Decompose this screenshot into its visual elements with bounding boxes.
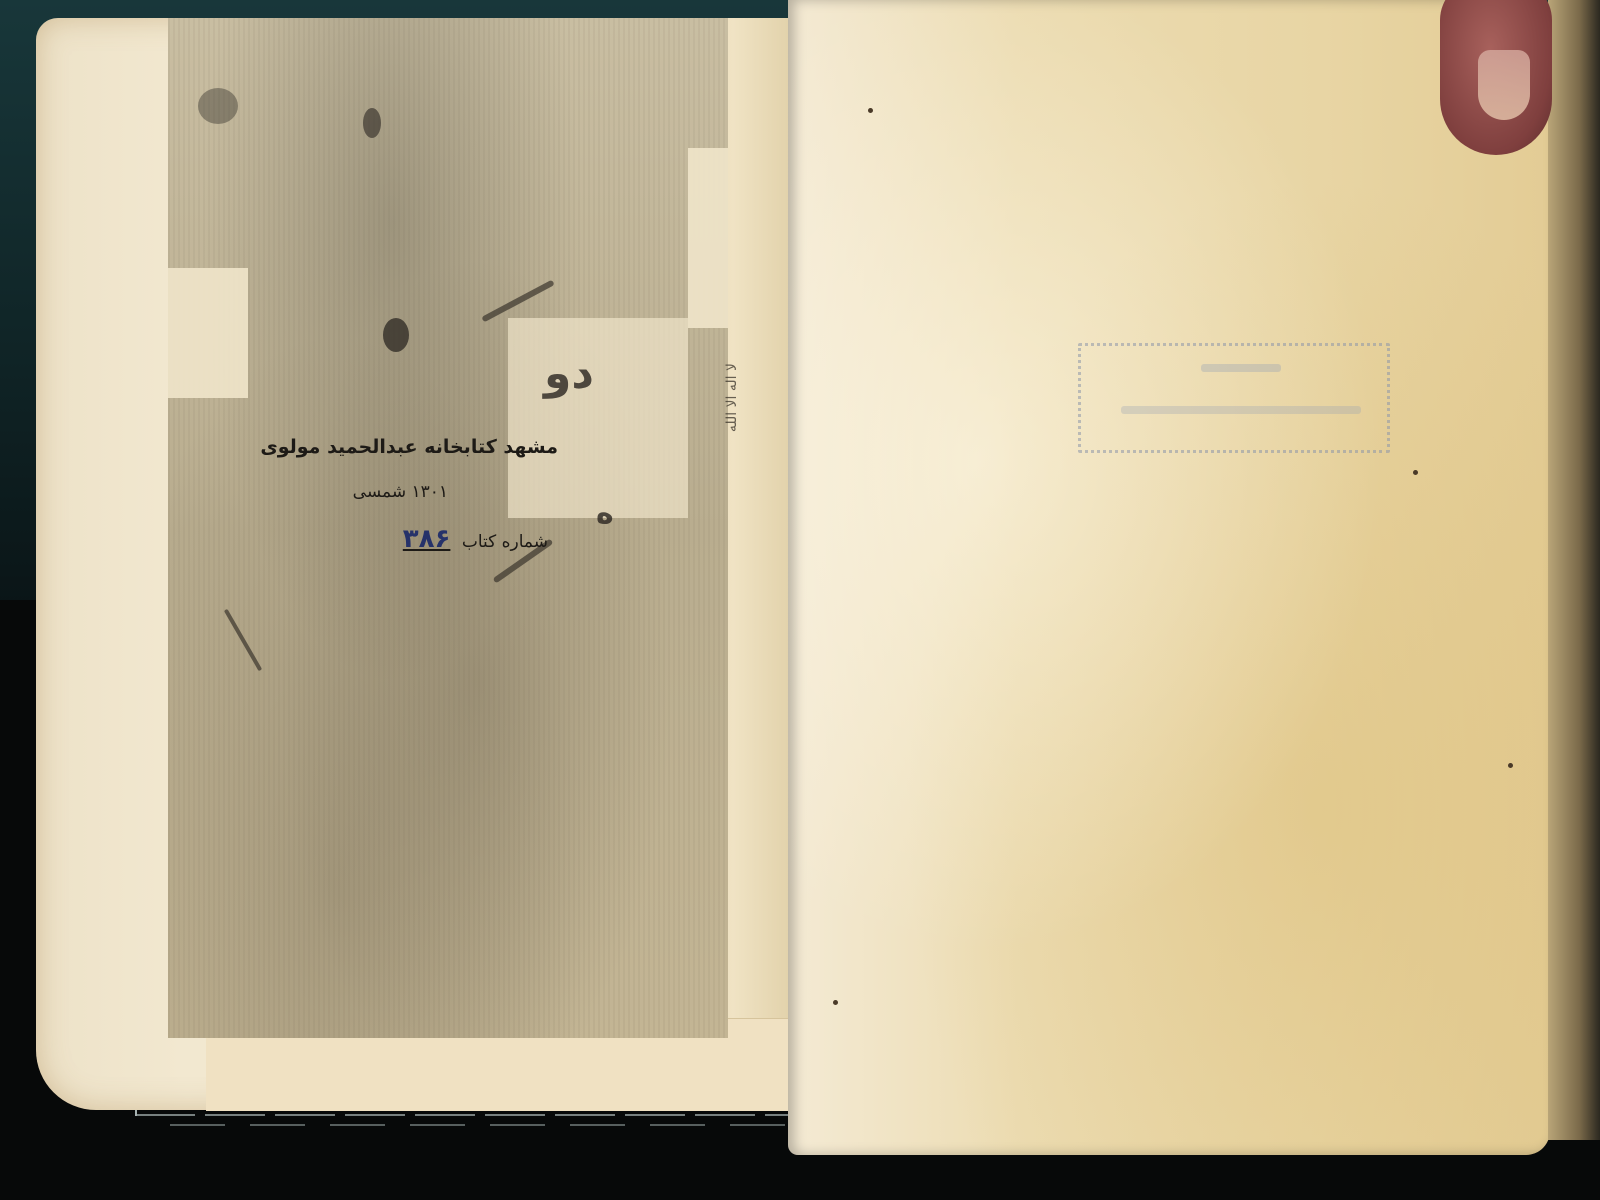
ink-blot — [363, 108, 381, 138]
faded-library-stamp — [1078, 343, 1390, 453]
ink-stroke — [224, 609, 262, 672]
fingernail — [1478, 50, 1530, 120]
handwritten-mark: دو — [544, 348, 594, 399]
vertical-inscription: لا اله الا الله — [724, 363, 740, 432]
right-page-flyleaf — [788, 0, 1550, 1155]
stamp-text-line — [1201, 364, 1281, 372]
handwritten-mark: ه — [596, 496, 614, 531]
library-name: مشهد کتابخانه عبدالحمید مولوی — [260, 436, 558, 458]
left-page-pastedown: مشهد کتابخانه عبدالحمید مولوی ۱۳۰۱ شمسی … — [36, 18, 790, 1110]
library-ownership-label: مشهد کتابخانه عبدالحمید مولوی ۱۳۰۱ شمسی … — [258, 432, 558, 562]
paper-speck — [1508, 763, 1513, 768]
ink-stroke — [481, 280, 554, 323]
book-number-caption: شماره کتاب — [462, 532, 548, 552]
book-number: ۳۸۶ — [403, 524, 451, 554]
paper-repair-patch — [168, 268, 248, 398]
label-date: ۱۳۰۱ شمسی — [353, 482, 448, 502]
paper-repair-patch — [688, 148, 728, 328]
paper-speck — [1413, 470, 1418, 475]
paper-speck — [868, 108, 873, 113]
ink-blot — [383, 318, 409, 352]
stamp-text-line — [1121, 406, 1361, 414]
holding-finger — [1440, 0, 1552, 155]
ink-smudge — [198, 88, 238, 124]
label-book-number-row: شماره کتاب ۳۸۶ — [403, 524, 548, 554]
book-fore-edge — [1548, 0, 1600, 1140]
paper-speck — [833, 1000, 838, 1005]
